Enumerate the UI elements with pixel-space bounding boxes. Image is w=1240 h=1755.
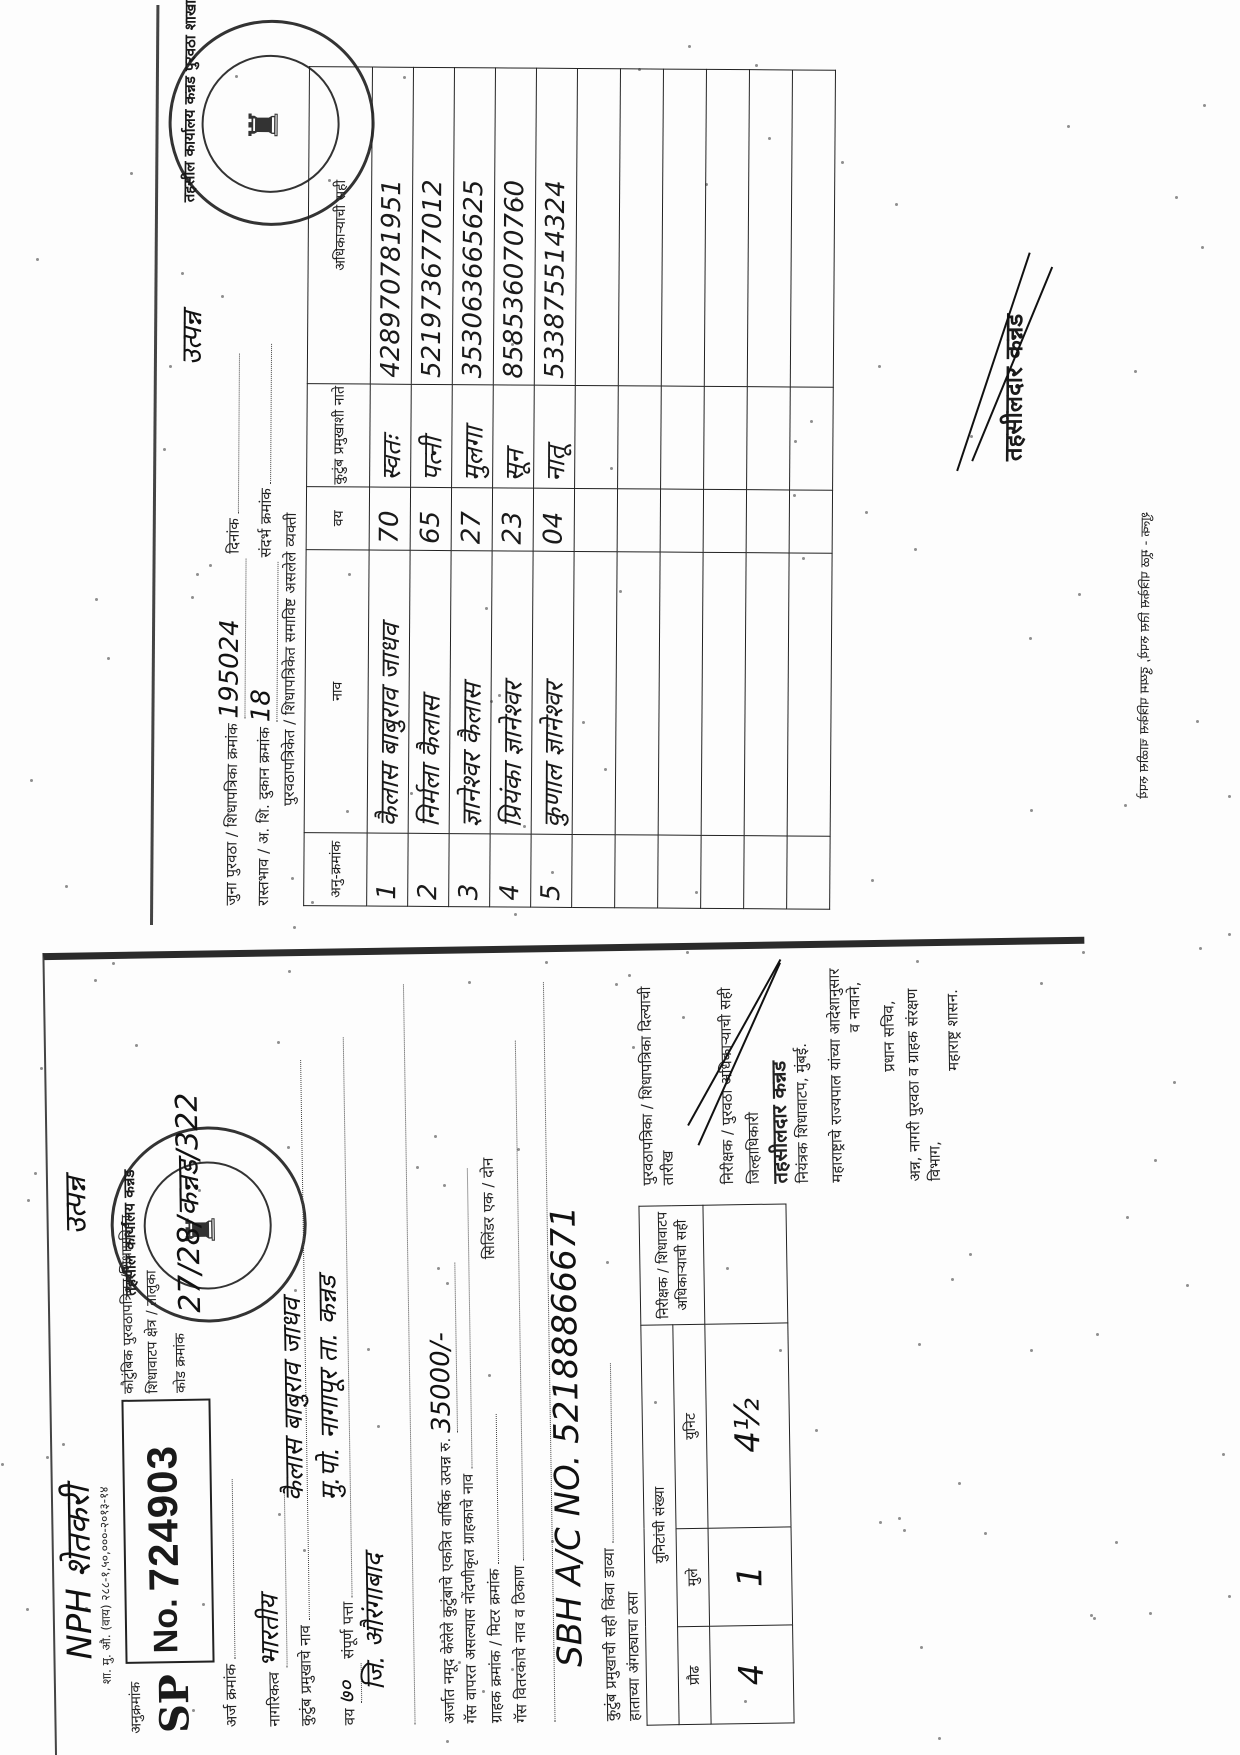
- member-age: 70: [369, 487, 410, 550]
- code-label: कोड क्रमांक: [170, 1333, 190, 1393]
- serial-number: 724903: [138, 1445, 188, 1592]
- units-table: युनिटांची संख्या निरीक्षक / शिधावाटप अधि…: [638, 1203, 794, 1725]
- officer-col-1: निरीक्षक / शिधावाटप अधिकाऱ्याची सही: [639, 1205, 705, 1325]
- serial-label: अनुक्रमांक: [126, 1682, 146, 1734]
- emblem-icon: ♜: [241, 107, 287, 143]
- member-row: 1कैलास बाबुराव जाधव70स्वतः428970781951: [367, 67, 414, 906]
- serial-no-label: No.: [147, 1598, 187, 1653]
- empty-row: [787, 70, 836, 909]
- member-name: ज्ञानेश्वर कैलास: [449, 551, 492, 834]
- empty-row: [744, 70, 793, 909]
- member-sno: 4: [490, 834, 532, 907]
- empty-row: [701, 69, 750, 908]
- member-name: कुणाल ज्ञानेश्वर: [531, 551, 574, 834]
- member-relation: सून: [493, 385, 535, 488]
- member-id: 521973677012: [411, 67, 454, 384]
- member-row: 3ज्ञानेश्वर कैलास27मुलगा353063665625: [449, 68, 496, 907]
- income-value: 35000/-: [424, 1263, 458, 1433]
- empty-row: [615, 69, 664, 908]
- ration-card-scan: NPH शेतकरी उत्पन्न शा. मु. औ. (वाय) २८८-…: [0, 0, 1240, 1755]
- member-row: 2निर्मला कैलास65पत्नी521973677012: [408, 67, 455, 906]
- head-thumb-label: हाताच्या अंगठ्याचा ठसा: [623, 1592, 645, 1722]
- member-sno: 5: [531, 834, 573, 907]
- members-title: पुरवठापत्रिकेत / शिधापत्रिकेत समाविष्ट अ…: [279, 512, 301, 806]
- left-page: NPH शेतकरी उत्पन्न शा. मु. औ. (वाय) २८८-…: [42, 937, 1096, 1755]
- handwritten-tag: उत्पन्न: [53, 1177, 95, 1235]
- head-signature-row: कुटुंब प्रमुखाची सही किंवा डाव्या: [596, 1363, 622, 1721]
- category-label-2: शिधावाटप क्षेत्र / तालुका: [141, 1270, 162, 1393]
- members-table: अनु-क्रमांक नाव वय कुटुंब प्रमुखाशी नाते…: [303, 66, 836, 910]
- head-name-value: कैलास बाबुराव जाधव: [272, 1298, 311, 1502]
- member-sno: 2: [408, 833, 450, 906]
- fee-footer: शुल्क - मूळ पत्रिकेस तिस रुपये, दुय्यम प…: [1134, 512, 1154, 799]
- member-relation: स्वतः: [370, 384, 412, 487]
- citizenship-row: नागरिकत्व भारतीय: [248, 1487, 289, 1727]
- children-count: 1: [708, 1527, 793, 1626]
- member-relation: नातू: [534, 385, 576, 488]
- shop-row: रास्तभाव / अ. शि. दुकान क्रमांक 18 संदर्…: [245, 343, 280, 906]
- application-row: अर्ज क्रमांक: [218, 1479, 242, 1727]
- member-id: 858536070760: [493, 68, 536, 385]
- gas-dealer-row: गॅस वितरकाचे नाव व ठिकाण: [501, 1041, 532, 1723]
- district-label: जिल्हाधिकारी: [741, 954, 765, 1184]
- empty-row: [572, 68, 621, 907]
- citizenship-value: भारतीय: [248, 1487, 288, 1668]
- member-id: 533875514324: [534, 68, 577, 385]
- print-code: शा. मु. औ. (वाय) २८८-१,५०,०००-२०१३-१४: [95, 1486, 115, 1684]
- member-row: 5कुणाल ज्ञानेश्वर04नातू533875514324: [531, 68, 578, 907]
- address-line-1: मु.पो. नागापूर ता. कन्नड: [308, 1276, 348, 1501]
- old-card-row: जुना पुरवठा / शिधापत्रिका क्रमांक 195024…: [213, 353, 248, 905]
- bank-account: SBH A/C NO. 52188866671: [543, 1206, 590, 1668]
- controller-label: नियंत्रक शिधावाटप, मुंबई.: [789, 953, 813, 1183]
- member-age: 65: [410, 487, 451, 550]
- member-relation: पत्नी: [411, 384, 453, 487]
- units-count: 4½: [705, 1323, 791, 1528]
- right-page: उत्पन्न जुना पुरवठा / शिधापत्रिका क्रमां…: [150, 5, 1199, 932]
- member-age: 27: [451, 488, 492, 551]
- old-card-value: 195024: [214, 558, 246, 718]
- member-sno: 3: [449, 834, 491, 907]
- shop-value: 18: [246, 562, 278, 722]
- member-age: 23: [492, 488, 533, 551]
- member-relation: मुलगा: [452, 385, 494, 488]
- serial-prefix: SP: [151, 1674, 199, 1734]
- member-id: 428970781951: [370, 67, 413, 384]
- empty-row: [658, 69, 707, 908]
- member-row: 4प्रियंका ज्ञानेश्वर23सून858536070760: [490, 68, 537, 907]
- member-name: निर्मला कैलास: [408, 550, 451, 833]
- serial-box: No. 724903: [121, 1399, 214, 1664]
- code-value: 27/28/कन्नड/322: [165, 1092, 209, 1313]
- member-name: कैलास बाबुराव जाधव: [367, 550, 410, 833]
- member-name: प्रियंका ज्ञानेश्वर: [490, 551, 533, 834]
- member-sno: 1: [367, 833, 409, 906]
- adults-count: 4: [710, 1625, 795, 1724]
- consumer-no-row: ग्राहक क्रमांक / मिटर क्रमांक सिलिंडर एक…: [478, 1158, 507, 1724]
- handwritten-top: उत्पन्न: [172, 311, 210, 365]
- category-label-1: कौटुंबिक पुरवठापत्रिका/शिधापत्रिका: [117, 1215, 139, 1394]
- signature-block: पुरवठापत्रिका / शिधापत्रिका दिल्याची तार…: [635, 951, 966, 1186]
- address-line-2: जि. औरंगाबाद: [354, 1553, 392, 1690]
- member-age: 04: [533, 488, 574, 551]
- member-id: 353063665625: [452, 68, 495, 385]
